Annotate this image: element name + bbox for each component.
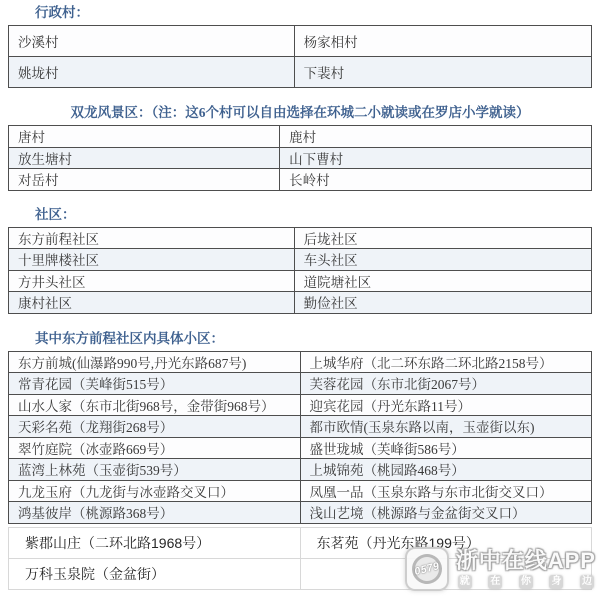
table-cell: 山水人家（东市北街968号，金带街968号） — [9, 394, 301, 416]
table-cell: 凤凰一品（玉泉东路与东市北街交叉口） — [300, 480, 592, 502]
residential-complexes-table-body: 东方前城(仙瀑路990号,丹光东路687号)上城华府（北二环东路二环北路2158… — [9, 351, 592, 523]
section-heading-administrative-villages: 行政村： — [35, 4, 600, 22]
table-cell: 对岳村 — [9, 169, 280, 191]
administrative-villages-table: 沙溪村杨家相村姚垅村下裴村 — [8, 25, 592, 88]
table-cell: 方井头社区 — [9, 270, 295, 292]
table-cell: 东方前城(仙瀑路990号,丹光东路687号) — [9, 351, 301, 373]
section-heading-residential-complexes: 其中东方前程社区内具体小区： — [35, 330, 600, 348]
table-row: 翠竹庭院（冰壶路669号）盛世珑城（芙峰街586号） — [9, 437, 592, 459]
table-cell: 鹿村 — [280, 126, 592, 148]
table-cell: 姚垅村 — [9, 57, 295, 88]
section-heading-note: （注：这6个村可以自由选择在环城二小就读或在罗店小学就读） — [152, 105, 530, 120]
app-logo-circle-icon: 0579 — [409, 551, 445, 587]
table-cell: 都市欧情(玉泉东路以南，玉壶街以东) — [300, 416, 592, 438]
table-row: 蓝湾上林苑（玉壶街539号）上城锦苑（桃园路468号） — [9, 459, 592, 481]
table-cell: 常青花园（芙峰街515号） — [9, 373, 301, 395]
table-cell: 杨家相村 — [294, 26, 591, 57]
table-cell: 盛世珑城（芙峰街586号） — [300, 437, 592, 459]
table-cell: 紫郡山庄（二环北路1968号） — [9, 527, 301, 558]
article-page: 行政村： 沙溪村杨家相村姚垅村下裴村 双龙风景区：（注：这6个村可以自由选择在环… — [0, 0, 600, 597]
table-row: 十里牌楼社区车头社区 — [9, 249, 592, 271]
table-cell: 天彩名苑（龙翔街268号） — [9, 416, 301, 438]
scenic-area-villages-table-body: 唐村鹿村放生塘村山下曹村对岳村长岭村 — [9, 126, 592, 191]
table-row: 九龙玉府（九龙街与冰壶路交叉口）凤凰一品（玉泉东路与东市北街交叉口） — [9, 480, 592, 502]
table-cell: 芙蓉花园（东市北街2067号） — [300, 373, 592, 395]
section-heading-shuanglong-scenic-area: 双龙风景区：（注：这6个村可以自由选择在环城二小就读或在罗店小学就读） — [0, 104, 600, 122]
app-watermark-text-block: 浙中在线APP 就在你身边 — [456, 550, 600, 589]
section-heading-communities: 社区： — [35, 206, 600, 224]
table-row: 方井头社区道院塘社区 — [9, 270, 592, 292]
table-row: 对岳村长岭村 — [9, 169, 592, 191]
table-cell: 蓝湾上林苑（玉壶街539号） — [9, 459, 301, 481]
table-cell: 下裴村 — [294, 57, 591, 88]
slogan-character-box: 边 — [580, 575, 594, 589]
slogan-character-box: 你 — [519, 575, 533, 589]
slogan-character-box: 身 — [549, 575, 563, 589]
table-cell: 万科玉泉院（金盆街） — [9, 558, 301, 589]
table-cell: 山下曹村 — [280, 147, 592, 169]
table-cell: 后垅社区 — [294, 227, 591, 249]
app-watermark: 0579 浙中在线APP 就在你身边 — [405, 547, 600, 591]
table-row: 常青花园（芙峰街515号）芙蓉花园（东市北街2067号） — [9, 373, 592, 395]
table-row: 鸿基彼岸（桃源路368号）浅山艺境（桃源路与金盆街交叉口） — [9, 502, 592, 524]
table-row: 东方前程社区后垅社区 — [9, 227, 592, 249]
scenic-area-villages-table: 唐村鹿村放生塘村山下曹村对岳村长岭村 — [8, 125, 592, 191]
table-row: 沙溪村杨家相村 — [9, 26, 592, 57]
table-cell: 道院塘社区 — [294, 270, 591, 292]
app-logo-number: 0579 — [413, 560, 441, 578]
section-heading-label: 双龙风景区： — [71, 105, 152, 120]
table-cell: 沙溪村 — [9, 26, 295, 57]
administrative-villages-table-body: 沙溪村杨家相村姚垅村下裴村 — [9, 26, 592, 88]
table-row: 康村社区勤俭社区 — [9, 292, 592, 314]
table-cell: 上城锦苑（桃园路468号） — [300, 459, 592, 481]
app-watermark-slogan: 就在你身边 — [456, 575, 596, 589]
table-cell: 翠竹庭院（冰壶路669号） — [9, 437, 301, 459]
table-row: 东方前城(仙瀑路990号,丹光东路687号)上城华府（北二环东路二环北路2158… — [9, 351, 592, 373]
table-row: 姚垅村下裴村 — [9, 57, 592, 88]
slogan-character-box: 就 — [458, 575, 472, 589]
communities-table-body: 东方前程社区后垅社区十里牌楼社区车头社区方井头社区道院塘社区康村社区勤俭社区 — [9, 227, 592, 313]
table-cell: 九龙玉府（九龙街与冰壶路交叉口） — [9, 480, 301, 502]
table-cell: 勤俭社区 — [294, 292, 591, 314]
table-cell: 上城华府（北二环东路二环北路2158号） — [300, 351, 592, 373]
table-cell: 浅山艺境（桃源路与金盆街交叉口） — [300, 502, 592, 524]
table-cell: 迎宾花园（丹光东路11号） — [300, 394, 592, 416]
table-cell: 鸿基彼岸（桃源路368号） — [9, 502, 301, 524]
table-cell: 唐村 — [9, 126, 280, 148]
table-cell: 康村社区 — [9, 292, 295, 314]
slogan-character-box: 在 — [488, 575, 502, 589]
table-cell: 东方前程社区 — [9, 227, 295, 249]
table-row: 山水人家（东市北街968号，金带街968号）迎宾花园（丹光东路11号） — [9, 394, 592, 416]
app-watermark-title: 浙中在线APP — [456, 550, 596, 572]
table-cell: 长岭村 — [280, 169, 592, 191]
table-cell: 放生塘村 — [9, 147, 280, 169]
table-row: 放生塘村山下曹村 — [9, 147, 592, 169]
app-logo-badge: 0579 — [405, 547, 449, 591]
table-cell: 车头社区 — [294, 249, 591, 271]
table-row: 唐村鹿村 — [9, 126, 592, 148]
table-cell: 十里牌楼社区 — [9, 249, 295, 271]
residential-complexes-table: 东方前城(仙瀑路990号,丹光东路687号)上城华府（北二环东路二环北路2158… — [8, 351, 592, 524]
communities-table: 东方前程社区后垅社区十里牌楼社区车头社区方井头社区道院塘社区康村社区勤俭社区 — [8, 227, 592, 314]
table-row: 天彩名苑（龙翔街268号）都市欧情(玉泉东路以南，玉壶街以东) — [9, 416, 592, 438]
